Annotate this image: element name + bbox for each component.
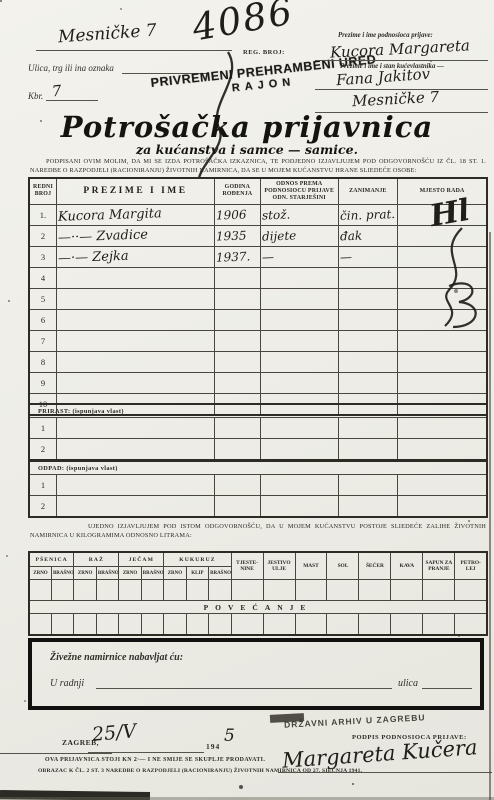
shop-radnji-line [96, 688, 392, 689]
cell [56, 288, 214, 309]
cell [327, 614, 359, 636]
cell [214, 309, 260, 330]
cell [338, 351, 398, 372]
cell: 1906 [214, 204, 260, 225]
year-handwritten: 1906 [216, 207, 247, 222]
cell [209, 580, 231, 601]
declaration-paragraph: PODPISANI OVIM MOLIM, DA MI SE IZDA POTR… [30, 158, 486, 175]
row-number: 2 [29, 439, 56, 461]
cell [51, 614, 73, 636]
house-number-line [46, 100, 98, 101]
cell: — [260, 246, 338, 267]
price-note: OVA PRIJAVNICA STOJI KN 2·— I NE SMIJE S… [45, 757, 265, 763]
col-header-prezime-ime: PREZIME I IME [56, 178, 214, 204]
form-title: Potrošačka prijavnica [0, 110, 494, 144]
cell [209, 614, 231, 636]
cell [260, 418, 338, 439]
cell [186, 614, 208, 636]
cell [359, 614, 391, 636]
group-psenica: PŠENICA [29, 552, 74, 567]
col-header-godina: GODINA ROĐENJA [214, 178, 260, 204]
cell [260, 267, 338, 288]
row-number: 1 [29, 418, 56, 439]
cell [338, 496, 398, 518]
row-number: 2 [29, 496, 56, 518]
cell [56, 267, 214, 288]
left-bottom-line [0, 753, 112, 754]
cell [263, 580, 295, 601]
cell [455, 614, 487, 636]
prirast-row: 2 [29, 439, 487, 461]
supplies-group-header: PŠENICA RAŽ JEČAM KUKURUZ TJESTE-NINE JE… [29, 552, 487, 567]
cell [56, 439, 214, 461]
cell [214, 288, 260, 309]
sub-brasno: BRAŠNO [209, 567, 231, 580]
row-number: 9 [29, 372, 56, 393]
year-handwritten: 5 [224, 726, 235, 746]
cell [260, 372, 338, 393]
odpad-row: 1 [29, 475, 487, 496]
cell [338, 309, 398, 330]
cell [56, 372, 214, 393]
cell [96, 580, 118, 601]
year-printed: 194 [206, 742, 220, 751]
scanned-form-page: Mesničke 7 4086 REG. BROJ: Ulica, trg il… [0, 0, 494, 800]
cell [391, 580, 423, 601]
house-number-handwritten: 7 [51, 82, 62, 101]
cell [74, 580, 96, 601]
occupation-handwritten: čin. prat. [339, 207, 395, 223]
cell [56, 309, 214, 330]
sub-zrno: ZRNO [74, 567, 96, 580]
shop-line1: Živežne namirnice nabavljat ću: [50, 652, 183, 663]
applicant-name-label: Prezime i ime podnosioca prijave: [338, 32, 433, 39]
cell [391, 614, 423, 636]
cell [260, 439, 338, 461]
group-raz: RAŽ [74, 552, 119, 567]
povecanje-label: POVEĆANJE [29, 601, 487, 614]
cell [398, 418, 487, 439]
supplies-entry-row [29, 580, 487, 601]
house-number-label: Kbr. [28, 91, 43, 101]
cell [214, 475, 260, 496]
cell [455, 580, 487, 601]
street-label: Ulica, trg ili ina oznaka [28, 63, 114, 73]
cell [260, 288, 338, 309]
cell [260, 309, 338, 330]
cell: čin. prat. [338, 204, 398, 225]
col-sol: SOL [327, 552, 359, 580]
cell [214, 372, 260, 393]
povecanje-row: POVEĆANJE [29, 601, 487, 614]
sub-brasno: BRAŠNO [51, 567, 73, 580]
owner-address-handwritten: Mesničke 7 [352, 88, 440, 111]
member-row: 8 [29, 351, 487, 372]
cell [214, 330, 260, 351]
header-row: REDNI BROJ PREZIME I IME GODINA ROĐENJA … [29, 178, 487, 204]
cell [119, 580, 141, 601]
cell [74, 614, 96, 636]
cell [51, 580, 73, 601]
applicant-name-handwritten: Kucora Margareta [330, 36, 471, 61]
street-handwritten: Mesničke 7 [57, 21, 157, 48]
cell [260, 351, 338, 372]
cell [260, 330, 338, 351]
sub-zrno: ZRNO [119, 567, 141, 580]
cell [398, 372, 487, 393]
col-jestivo-ulje: JESTIVO ULJE [263, 552, 295, 580]
cell [186, 580, 208, 601]
cell: —·— Zejka [56, 246, 214, 267]
cell [56, 351, 214, 372]
cell [260, 475, 338, 496]
odpad-row: 2 [29, 496, 487, 518]
supplies-declaration: UJEDNO IZJAVLJUJEM POD ISTOM ODGOVORNOŠĆ… [30, 523, 486, 540]
cell [338, 330, 398, 351]
prirast-band: PRIRAST: (ispunjava vlast) [29, 404, 487, 418]
reg-number-label: REG. BROJ: [243, 49, 285, 56]
member-row: 1. Kucora Margita 1906 stož. čin. prat. [29, 204, 487, 225]
relation-handwritten: — [262, 249, 274, 263]
prirast-row: 1 [29, 418, 487, 439]
cell [29, 614, 51, 636]
cell [96, 614, 118, 636]
cell [164, 580, 186, 601]
sub-zrno: ZRNO [29, 567, 51, 580]
row-number: 1 [29, 475, 56, 496]
odpad-label: ODPAD: (ispunjava vlast) [29, 461, 487, 475]
cell: stož. [260, 204, 338, 225]
cell: —··— Zvadice [56, 225, 214, 246]
form-reference-note: OBRAZAC K ČL. 2 ST. 3 NAREDBE O RAZPODJE… [38, 768, 362, 774]
cell [338, 267, 398, 288]
col-tjestenine: TJESTE-NINE [231, 552, 263, 580]
col-header-zanimanje: ZANIMANJE [338, 178, 398, 204]
cell: dijete [260, 225, 338, 246]
name-handwritten: —··— Zvadice [58, 227, 148, 245]
row-number: 2 [29, 225, 56, 246]
col-header-odnos: ODNOS PREMA PODNOSIOCU PRIJAVE ODN. STAR… [260, 178, 338, 204]
cell [231, 580, 263, 601]
cell [141, 614, 163, 636]
cell [398, 351, 487, 372]
cell [398, 496, 487, 518]
row-number: 4 [29, 267, 56, 288]
cell [295, 580, 327, 601]
col-petrolej: PETRO-LEJ [455, 552, 487, 580]
col-sapun: SAPUN ZA PRANJE [423, 552, 455, 580]
row-number: 6 [29, 309, 56, 330]
cell [29, 580, 51, 601]
sub-zrno: ZRNO [164, 567, 186, 580]
cell [423, 580, 455, 601]
prirast-table: PRIRAST: (ispunjava vlast) 1 2 [28, 403, 488, 461]
cell [338, 439, 398, 461]
row-number: 8 [29, 351, 56, 372]
cell [327, 580, 359, 601]
cell: đak [338, 225, 398, 246]
supplies-entry-row [29, 614, 487, 636]
scan-edge-right [489, 232, 491, 800]
row-number: 3 [29, 246, 56, 267]
year-handwritten: 1935 [216, 228, 247, 243]
scan-noise [0, 0, 2, 2]
group-kukuruz: KUKURUZ [164, 552, 231, 567]
cell [398, 439, 487, 461]
shop-ulica-line [422, 688, 472, 689]
cell [164, 614, 186, 636]
cell [398, 475, 487, 496]
row-number: 7 [29, 330, 56, 351]
col-kava: KAVA [391, 552, 423, 580]
cell [260, 496, 338, 518]
occupation-handwritten: — [339, 249, 351, 263]
cell [56, 496, 214, 518]
form-subtitle: za kućanstva i samce — samice. [0, 142, 494, 157]
relation-handwritten: stož. [262, 207, 291, 222]
cell: 1937. [214, 246, 260, 267]
cell [214, 496, 260, 518]
cell [359, 580, 391, 601]
sub-brasno: BRAŠNO [96, 567, 118, 580]
sub-brasno: BRAŠNO [141, 567, 163, 580]
cell [141, 580, 163, 601]
shop-declaration-box: Živežne namirnice nabavljat ću: U radnji… [28, 638, 484, 710]
applicant-line [315, 60, 488, 61]
cell [423, 614, 455, 636]
cell [338, 288, 398, 309]
cell: Kucora Margita [56, 204, 214, 225]
cell: — [338, 246, 398, 267]
cell [338, 475, 398, 496]
cell [338, 418, 398, 439]
col-secer: ŠEĆER [359, 552, 391, 580]
cell [214, 351, 260, 372]
date-handwritten: 25/V [91, 720, 137, 746]
row-number: 5 [29, 288, 56, 309]
reg-number-handwritten: 4086 [189, 0, 297, 50]
name-handwritten: Kucora Margita [58, 206, 162, 225]
relation-handwritten: dijete [262, 228, 297, 243]
prirast-label: PRIRAST: (ispunjava vlast) [29, 404, 487, 418]
shop-ulica-label: ulica [398, 678, 418, 689]
group-jecam: JEČAM [119, 552, 164, 567]
cell [56, 418, 214, 439]
odpad-table: ODPAD: (ispunjava vlast) 1 2 [28, 460, 488, 518]
cell: 1935 [214, 225, 260, 246]
cell [56, 475, 214, 496]
cell [263, 614, 295, 636]
name-handwritten: —·— Zejka [58, 248, 129, 265]
sub-klip: KLIP [186, 567, 208, 580]
cell [119, 614, 141, 636]
odpad-band: ODPAD: (ispunjava vlast) [29, 461, 487, 475]
cell [56, 330, 214, 351]
member-row: 9 [29, 372, 487, 393]
cell [214, 439, 260, 461]
cell [214, 267, 260, 288]
col-header-redni-broj: REDNI BROJ [29, 178, 56, 204]
year-handwritten: 1937. [216, 249, 251, 264]
official-paraph [418, 224, 492, 342]
row-number: 1. [29, 204, 56, 225]
shop-radnji-label: U radnji [50, 678, 84, 689]
occupation-handwritten: đak [339, 228, 362, 243]
cell [214, 418, 260, 439]
cell [231, 614, 263, 636]
supplies-table: PŠENICA RAŽ JEČAM KUKURUZ TJESTE-NINE JE… [28, 551, 488, 636]
col-mast: MAST [295, 552, 327, 580]
cell [338, 372, 398, 393]
archive-stamp: DRŽAVNI ARHIV U ZAGREBU [284, 712, 426, 729]
cell [295, 614, 327, 636]
